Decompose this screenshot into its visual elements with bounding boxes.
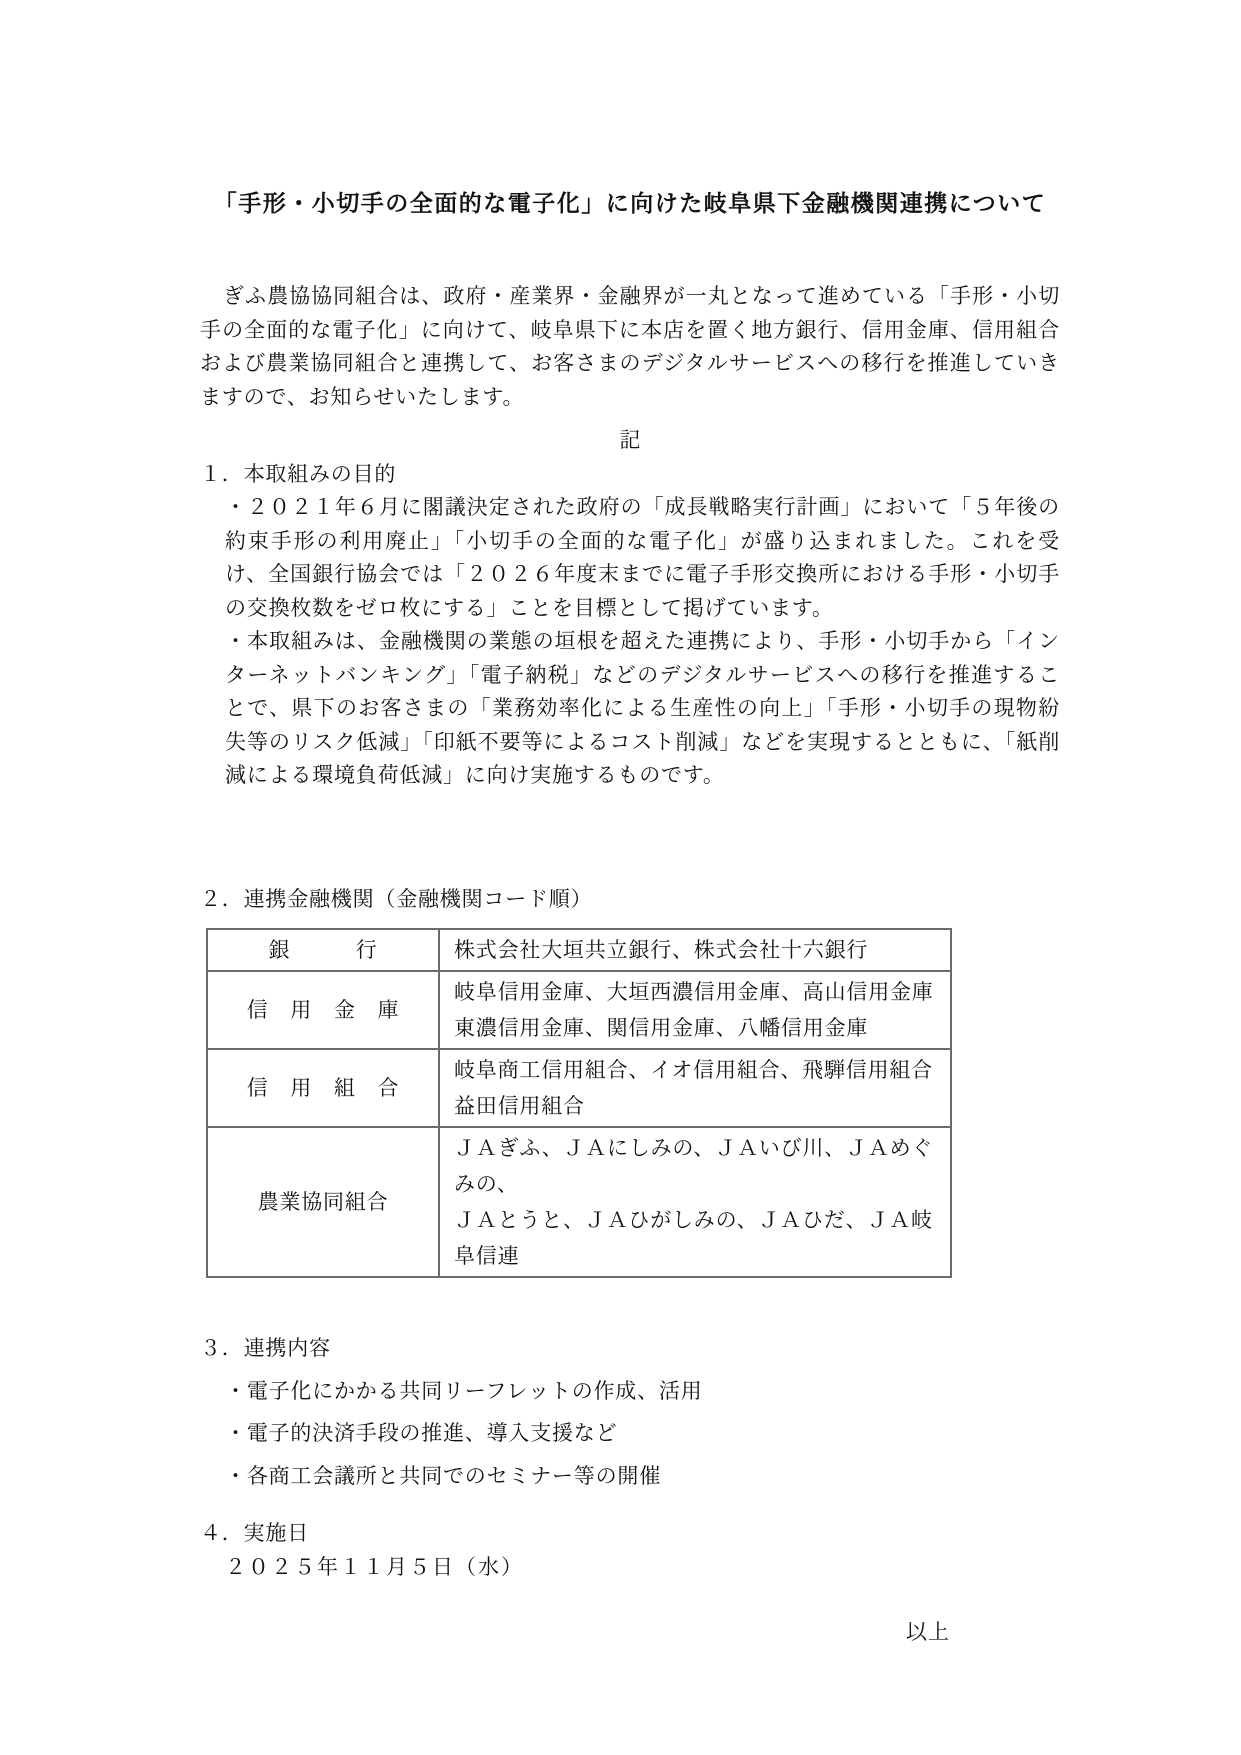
document-page: 「手形・小切手の全面的な電子化」に向けた岐阜県下金融機関連携について ぎふ農協協… — [0, 0, 1241, 1755]
list-item-text: ２０２１年６月に閣議決定された政府の「成長戦略実行計画」において「５年後の約束手… — [225, 495, 1060, 620]
closing-marker: 以上 — [200, 1616, 1060, 1650]
section4-heading: ４．実施日 — [200, 1517, 1060, 1551]
record-marker: 記 — [200, 424, 1060, 458]
section2-heading: ２．連携金融機関（金融機関コード順） — [200, 883, 1060, 917]
bullet-marker: ・ — [225, 495, 247, 519]
table-row: 信 用 金 庫 岐阜信用金庫、大垣西濃信用金庫、高山信用金庫 東濃信用金庫、関信… — [207, 971, 951, 1049]
category-cell: 信 用 組 合 — [207, 1049, 439, 1127]
table-row: 銀 行 株式会社大垣共立銀行、株式会社十六銀行 — [207, 929, 951, 971]
category-cell: 銀 行 — [207, 929, 439, 971]
institutions-cell: 岐阜商工信用組合、イオ信用組合、飛騨信用組合 益田信用組合 — [439, 1049, 951, 1127]
list-item: ・電子的決済手段の推進、導入支援など — [200, 1417, 1060, 1451]
bullet-marker: ・ — [225, 1464, 247, 1488]
list-item-text: 電子的決済手段の推進、導入支援など — [247, 1421, 618, 1445]
institutions-line: 東濃信用金庫、関信用金庫、八幡信用金庫 — [454, 1010, 944, 1046]
list-item: ・各商工会議所と共同でのセミナー等の開催 — [200, 1460, 1060, 1494]
institutions-line: 岐阜信用金庫、大垣西濃信用金庫、高山信用金庫 — [454, 974, 944, 1010]
list-item: ・電子化にかかる共同リーフレットの作成、活用 — [200, 1375, 1060, 1409]
institutions-line: 株式会社大垣共立銀行、株式会社十六銀行 — [454, 932, 944, 968]
list-item: ・２０２１年６月に閣議決定された政府の「成長戦略実行計画」において「５年後の約束… — [200, 491, 1060, 625]
intro-paragraph: ぎふ農協協同組合は、政府・産業界・金融界が一丸となって進めている「手形・小切手の… — [200, 280, 1060, 414]
section1-heading: １．本取組みの目的 — [200, 458, 1060, 492]
category-cell: 農業協同組合 — [207, 1127, 439, 1277]
institutions-line: ＪＡぎふ、ＪＡにしみの、ＪＡいび川、ＪＡめぐみの、 — [454, 1130, 944, 1202]
list-item-text: 電子化にかかる共同リーフレットの作成、活用 — [247, 1379, 703, 1403]
institutions-cell: 株式会社大垣共立銀行、株式会社十六銀行 — [439, 929, 951, 971]
bullet-marker: ・ — [225, 629, 247, 653]
list-item-text: 各商工会議所と共同でのセミナー等の開催 — [247, 1464, 661, 1488]
institutions-line: 益田信用組合 — [454, 1088, 944, 1124]
institutions-table: 銀 行 株式会社大垣共立銀行、株式会社十六銀行 信 用 金 庫 岐阜信用金庫、大… — [206, 928, 952, 1278]
implementation-date: ２０２５年１１月５日（水） — [200, 1551, 1060, 1585]
list-item: ・本取組みは、金融機関の業態の垣根を超えた連携により、手形・小切手から「インター… — [200, 625, 1060, 793]
category-cell: 信 用 金 庫 — [207, 971, 439, 1049]
institutions-cell: 岐阜信用金庫、大垣西濃信用金庫、高山信用金庫 東濃信用金庫、関信用金庫、八幡信用… — [439, 971, 951, 1049]
bullet-marker: ・ — [225, 1379, 247, 1403]
list-item-text: 本取組みは、金融機関の業態の垣根を超えた連携により、手形・小切手から「インターネ… — [225, 629, 1060, 787]
table-row: 信 用 組 合 岐阜商工信用組合、イオ信用組合、飛騨信用組合 益田信用組合 — [207, 1049, 951, 1127]
bullet-marker: ・ — [225, 1421, 247, 1445]
institutions-line: 岐阜商工信用組合、イオ信用組合、飛騨信用組合 — [454, 1052, 944, 1088]
institutions-line: ＪＡとうと、ＪＡひがしみの、ＪＡひだ、ＪＡ岐阜信連 — [454, 1202, 944, 1274]
table-row: 農業協同組合 ＪＡぎふ、ＪＡにしみの、ＪＡいび川、ＪＡめぐみの、 ＪＡとうと、Ｊ… — [207, 1127, 951, 1277]
institutions-cell: ＪＡぎふ、ＪＡにしみの、ＪＡいび川、ＪＡめぐみの、 ＪＡとうと、ＪＡひがしみの、… — [439, 1127, 951, 1277]
section3-heading: ３．連携内容 — [200, 1332, 1060, 1366]
document-title: 「手形・小切手の全面的な電子化」に向けた岐阜県下金融機関連携について — [180, 188, 1080, 218]
